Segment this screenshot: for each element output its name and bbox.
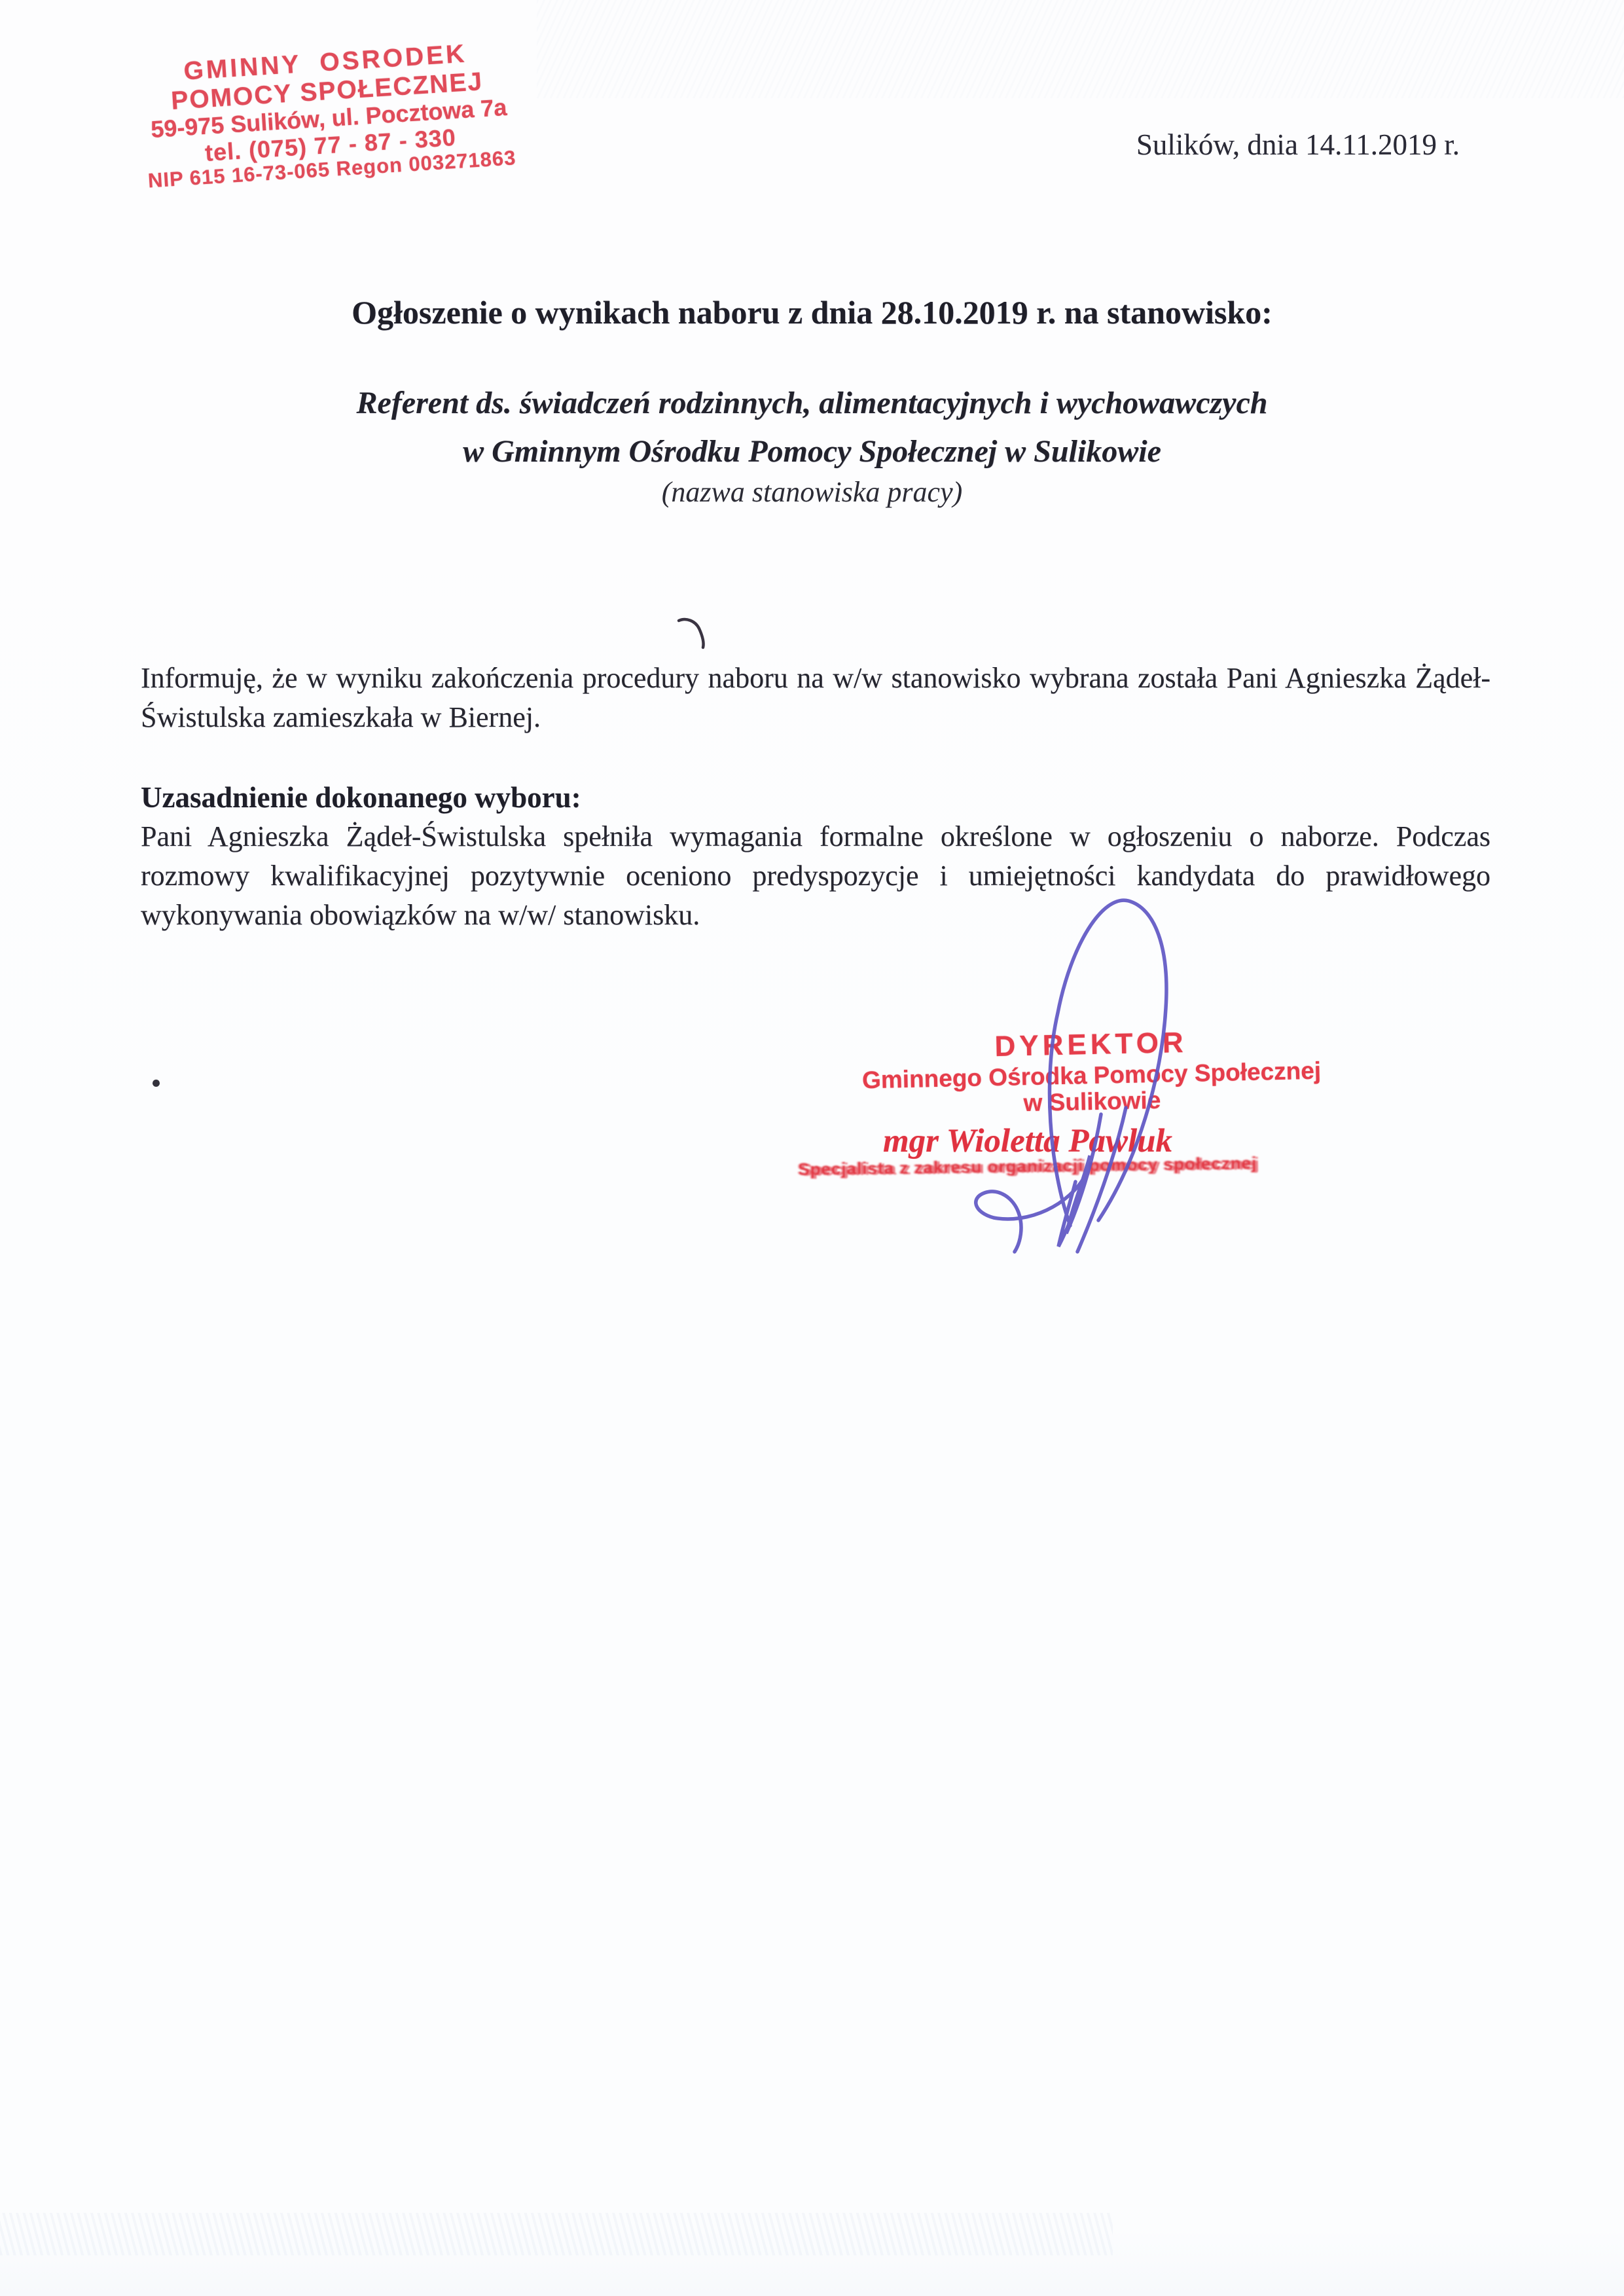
dateline: Sulików, dnia 14.11.2019 r.: [1136, 128, 1460, 162]
stray-pen-mark: [668, 609, 727, 661]
scanned-page: GMINNY OSRODEK POMOCY SPOŁECZNEJ 59-975 …: [0, 0, 1624, 2296]
intro-paragraph: Informuję, że w wyniku zakończenia proce…: [141, 659, 1490, 737]
justification-paragraph: Pani Agnieszka Żądeł-Świstulska spełniła…: [141, 817, 1490, 935]
handwritten-signature: [929, 885, 1191, 1258]
scan-noise-top: [537, 0, 1624, 98]
position-title-line2: w Gminnym Ośrodku Pomocy Społecznej w Su…: [0, 433, 1624, 469]
ink-dot: [153, 1080, 160, 1087]
position-title-line1: Referent ds. świadczeń rodzinnych, alime…: [0, 385, 1624, 421]
justification-heading: Uzasadnienie dokonanego wyboru:: [141, 780, 581, 814]
document-title: Ogłoszenie o wynikach naboru z dnia 28.1…: [0, 293, 1624, 331]
scan-noise-bottom: [0, 2213, 1113, 2255]
org-address-stamp: GMINNY OSRODEK POMOCY SPOŁECZNEJ 59-975 …: [115, 35, 541, 194]
position-caption: (nazwa stanowiska pracy): [0, 475, 1624, 509]
